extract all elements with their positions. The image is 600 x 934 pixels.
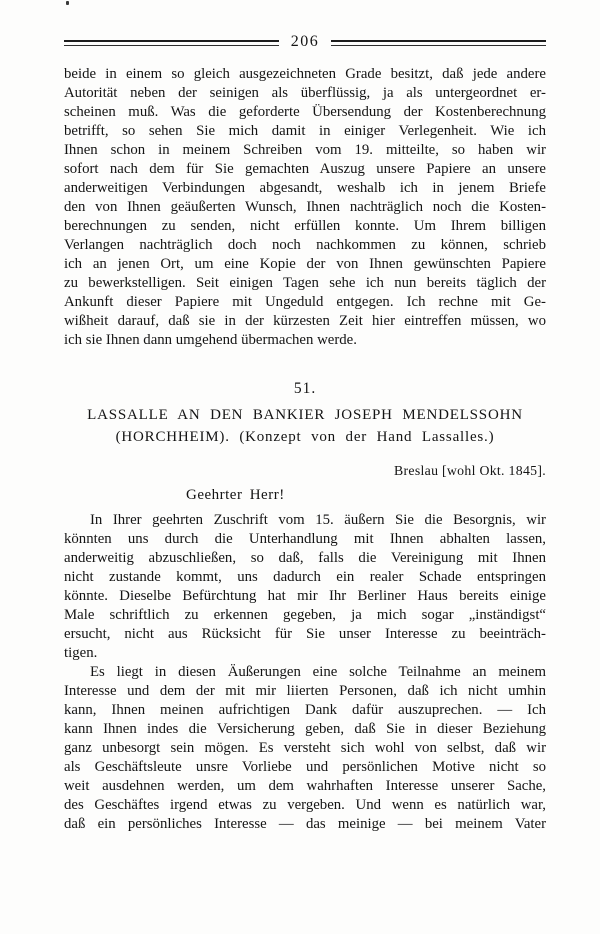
letter-paragraph-2: Es liegt in diesen Äußerungen eine solch…: [64, 663, 546, 834]
salutation: Geehrter Herr!: [64, 486, 546, 505]
scan-artifact-speck: [66, 1, 69, 5]
text-line: beide in einem so gleich ausgezeichneten…: [64, 65, 546, 84]
text-line: nicht zustande kommt, uns dadurch ein re…: [64, 568, 546, 587]
text-line: als Geschäftsleute unsre Vorliebe und pe…: [64, 758, 546, 777]
text-line: berechnungen zu senden, nicht erfüllen k…: [64, 217, 546, 236]
text-line: daß ein persönliches Interesse — das mei…: [64, 815, 546, 834]
text-line: kann, Ihnen meinen aufrichtigen Dank daf…: [64, 701, 546, 720]
text-line: des Geschäftes irgend etwas zu vergeben.…: [64, 796, 546, 815]
scanned-book-page: 206 beide in einem so gleich ausgezeichn…: [0, 0, 600, 934]
text-line: Verlangen nachträglich doch noch nachkom…: [64, 236, 546, 255]
text-block: 206 beide in einem so gleich ausgezeichn…: [0, 32, 600, 834]
header-rule-right: [331, 40, 546, 46]
text-line: In Ihrer geehrten Zuschrift vom 15. äuße…: [64, 511, 546, 530]
text-line: könnten uns durch die Unterhandlung mit …: [64, 530, 546, 549]
text-line: könnte. Dieselbe Befürchtung hat mir Ihr…: [64, 587, 546, 606]
text-line: wißheit darauf, daß sie in der kürzesten…: [64, 312, 546, 331]
text-line: anderweitigen Verbindungen abgesandt, we…: [64, 179, 546, 198]
letter-paragraph-1: In Ihrer geehrten Zuschrift vom 15. äuße…: [64, 511, 546, 663]
text-line: ich sie Ihnen dann umgehend übermachen w…: [64, 331, 546, 350]
text-line: Ihnen schon in meinem Schreiben vom 19. …: [64, 141, 546, 160]
running-head: 206: [64, 32, 546, 51]
text-line: tigen.: [64, 644, 546, 663]
dateline: Breslau [wohl Okt. 1845].: [64, 461, 546, 480]
text-line: ganz unbesorgt sein mögen. Es versteht s…: [64, 739, 546, 758]
text-line: ersucht, nicht aus Rücksicht für Sie uns…: [64, 625, 546, 644]
paragraph-continuation: beide in einem so gleich ausgezeichneten…: [64, 65, 546, 350]
text-line: weit ausdehnen werden, um dem wahrhaften…: [64, 777, 546, 796]
text-line: ich an jenen Ort, um eine Kopie der von …: [64, 255, 546, 274]
header-rule-left: [64, 40, 279, 46]
page-number: 206: [291, 32, 320, 51]
text-line: anderweitig abzuschließen, so daß, falls…: [64, 549, 546, 568]
body-text: beide in einem so gleich ausgezeichneten…: [64, 65, 546, 834]
letter-title-line2: (HORCHHEIM). (Konzept von der Hand Lassa…: [64, 426, 546, 448]
text-line: Autorität neben der seinigen als überflü…: [64, 84, 546, 103]
text-line: Ankunft dieser Papiere mit Ungeduld entg…: [64, 293, 546, 312]
letter-number: 51.: [64, 379, 546, 398]
text-line: betrifft, so sehen Sie mich damit in ein…: [64, 122, 546, 141]
text-line: sofort nach dem für Sie gemachten Auszug…: [64, 160, 546, 179]
text-line: zu bewerkstelligen. Seit einigen Tagen s…: [64, 274, 546, 293]
text-line: Interesse und dem der mit mir liierten P…: [64, 682, 546, 701]
letter-title-line1: LASSALLE AN DEN BANKIER JOSEPH MENDELSSO…: [64, 404, 546, 426]
text-line: scheinen muß. Was die geforderte Übersen…: [64, 103, 546, 122]
text-line: Es liegt in diesen Äußerungen eine solch…: [64, 663, 546, 682]
text-line: kann Ihnen indes die Versicherung geben,…: [64, 720, 546, 739]
text-line: Male schriftlich zu erkennen gegeben, ja…: [64, 606, 546, 625]
text-line: den von Ihnen geäußerten Wunsch, Ihnen n…: [64, 198, 546, 217]
